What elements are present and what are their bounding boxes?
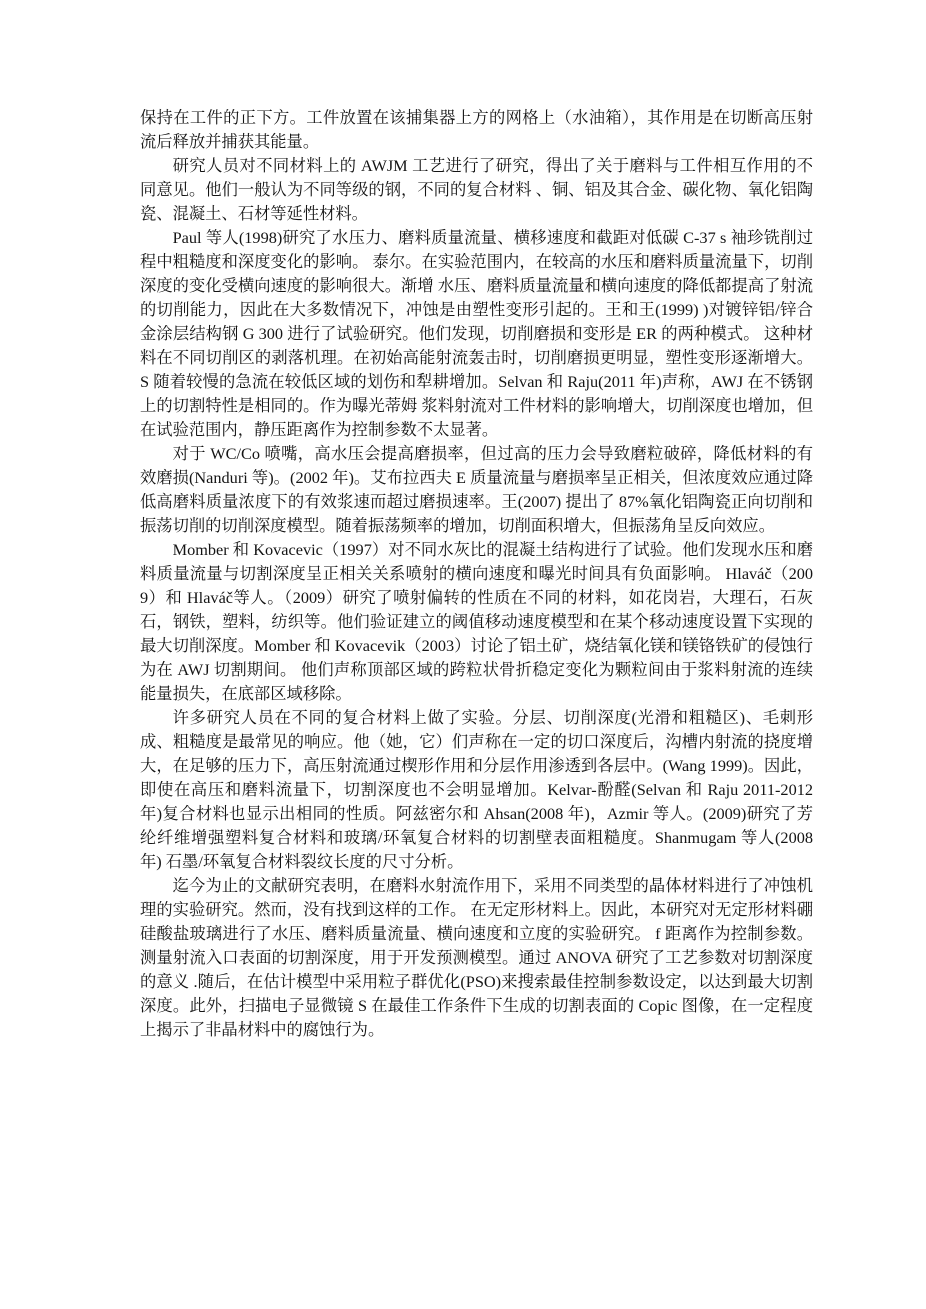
paragraph: Paul 等人(1998)研究了水压力、磨料质量流量、横移速度和截距对低碳 C-… (140, 226, 813, 442)
paragraph: Momber 和 Kovacevic（1997）对不同水灰比的混凝土结构进行了试… (140, 538, 813, 706)
text-column: 保持在工件的正下方。工件放置在该捕集器上方的网格上（水油箱），其作用是在切断高压… (140, 106, 813, 1042)
document-page: 保持在工件的正下方。工件放置在该捕集器上方的网格上（水油箱），其作用是在切断高压… (0, 0, 926, 1309)
paragraph: 对于 WC/Co 喷嘴，高水压会提高磨损率，但过高的压力会导致磨粒破碎，降低材料… (140, 442, 813, 538)
paragraph: 许多研究人员在不同的复合材料上做了实验。分层、切削深度(光滑和粗糙区)、毛刺形成… (140, 706, 813, 874)
paragraph-continuation: 保持在工件的正下方。工件放置在该捕集器上方的网格上（水油箱），其作用是在切断高压… (140, 106, 813, 154)
paragraph: 迄今为止的文献研究表明，在磨料水射流作用下，采用不同类型的晶体材料进行了冲蚀机理… (140, 874, 813, 1042)
paragraph: 研究人员对不同材料上的 AWJM 工艺进行了研究，得出了关于磨料与工件相互作用的… (140, 154, 813, 226)
